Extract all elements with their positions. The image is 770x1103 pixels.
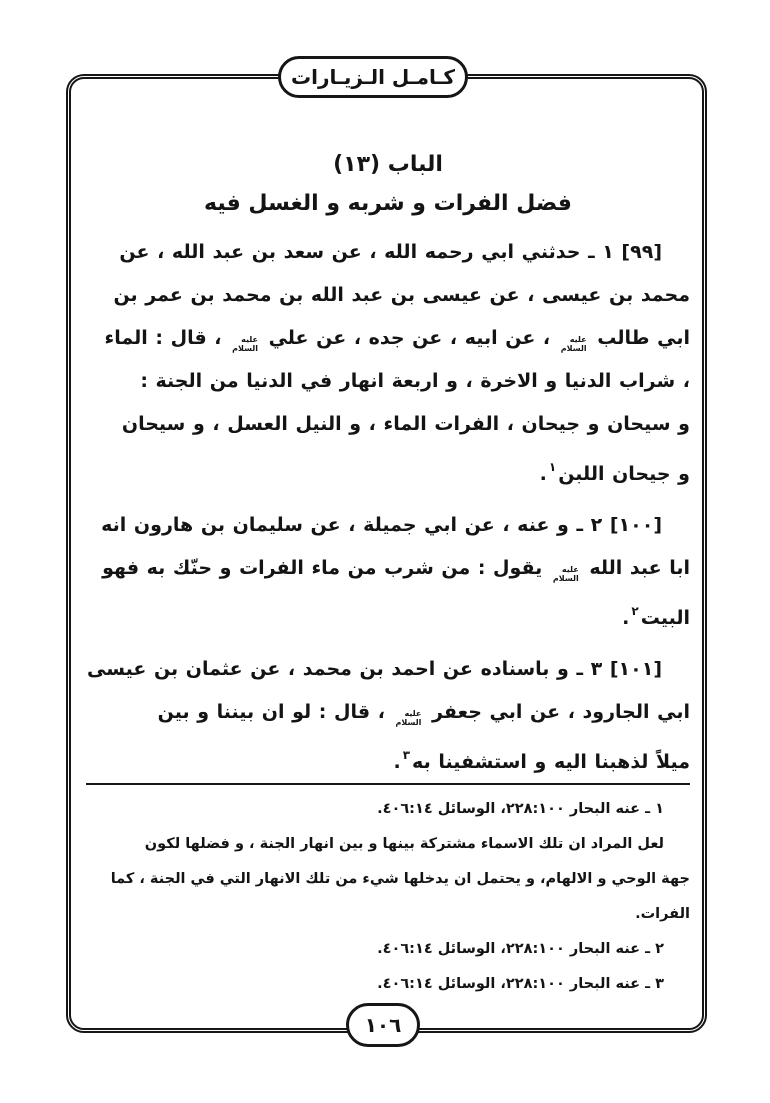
- hadith-100-line-2-text-a: ابا عبد الله: [589, 557, 690, 579]
- book-title-cartouche: كـامـل الـزيـارات: [278, 56, 468, 98]
- hadith-100-line-3-text: البيت: [641, 607, 690, 629]
- alayhis-salam-icon: عليهالسلام: [396, 709, 422, 727]
- hadith-101-line-2: ابي الجارود ، عن ابي جعفر عليهالسلام ، ق…: [86, 691, 690, 734]
- hadith-99-line-3: ابي طالب عليهالسلام ، عن ابيه ، عن جده ،…: [86, 317, 690, 360]
- hadith-101-line-1: [١٠١] ٣ ـ و باسناده عن احمد بن محمد ، عن…: [86, 648, 690, 691]
- hadith-101: [١٠١] ٣ ـ و باسناده عن احمد بن محمد ، عن…: [86, 648, 690, 777]
- footnote-ref-1: ١: [547, 460, 558, 474]
- hadith-101-line-2-text-a: ابي الجارود ، عن ابي جعفر: [432, 701, 690, 723]
- alayhis-salam-icon: عليهالسلام: [561, 335, 587, 353]
- hadith-99-period: .: [540, 463, 547, 485]
- footnotes-section: ١ ـ عنه البحار ٢٢٨:١٠٠، الوسائل ٤٠٦:١٤. …: [86, 783, 690, 1002]
- hadith-99-line-1: [٩٩] ١ ـ حدثني ابي رحمه الله ، عن سعد بن…: [86, 231, 690, 274]
- page-number: ١٠٦: [365, 1013, 402, 1037]
- footnote-ref-3: ٣: [401, 748, 412, 762]
- page-body: الباب (١٣) فضل الفرات و شربه و الغسل فيه…: [86, 146, 690, 777]
- footnote-commentary-line-2: جهة الوحي و الالهام، و يحتمل ان يدخلها ش…: [86, 862, 690, 897]
- hadith-99-line-6: و جيحان اللبن١.: [86, 446, 690, 489]
- footnote-commentary-line-1: لعل المراد ان تلك الاسماء مشتركة بينها و…: [86, 827, 690, 862]
- hadith-99-line-6-text: و جيحان اللبن: [558, 463, 690, 485]
- hadith-99-line-3-text-b: ، عن ابيه ، عن جده ، عن علي: [269, 327, 551, 349]
- chapter-title: الباب (١٣): [86, 146, 690, 184]
- hadith-100-line-2: ابا عبد الله عليهالسلام يقول : من شرب من…: [86, 547, 690, 590]
- hadith-99-line-2: محمد بن عيسى ، عن عيسى بن عبد الله بن مح…: [86, 274, 690, 317]
- hadith-100: [١٠٠] ٢ ـ و عنه ، عن ابي جميلة ، عن سليم…: [86, 504, 690, 633]
- footnote-ref-2: ٢: [629, 604, 640, 618]
- hadith-100-line-1: [١٠٠] ٢ ـ و عنه ، عن ابي جميلة ، عن سليم…: [86, 504, 690, 547]
- hadith-101-line-3: ميلاً لذهبنا اليه و استشفينا به٣.: [86, 734, 690, 777]
- book-title: كـامـل الـزيـارات: [291, 65, 455, 89]
- hadith-99-line-5: و سيحان و جيحان ، الفرات الماء ، و النيل…: [86, 403, 690, 446]
- book-page: كـامـل الـزيـارات الباب (١٣) فضل الفرات …: [0, 0, 770, 1103]
- hadith-99: [٩٩] ١ ـ حدثني ابي رحمه الله ، عن سعد بن…: [86, 231, 690, 489]
- hadith-99-line-4: ، شراب الدنيا و الاخرة ، و اربعة انهار ف…: [86, 360, 690, 403]
- hadith-99-line-3-text-a: ابي طالب: [597, 327, 690, 349]
- footnote-1: ١ ـ عنه البحار ٢٢٨:١٠٠، الوسائل ٤٠٦:١٤.: [86, 792, 690, 827]
- hadith-101-period: .: [394, 751, 401, 773]
- alayhis-salam-icon: عليهالسلام: [232, 335, 258, 353]
- hadith-100-line-3: البيت٢.: [86, 590, 690, 633]
- footnote-3: ٣ ـ عنه البحار ٢٢٨:١٠٠، الوسائل ٤٠٦:١٤.: [86, 967, 690, 1002]
- alayhis-salam-icon: عليهالسلام: [553, 565, 579, 583]
- footnote-2: ٢ ـ عنه البحار ٢٢٨:١٠٠، الوسائل ٤٠٦:١٤.: [86, 932, 690, 967]
- footnote-commentary-line-3: الفرات.: [86, 897, 690, 932]
- chapter-subtitle: فضل الفرات و شربه و الغسل فيه: [86, 184, 690, 224]
- page-number-cartouche: ١٠٦: [346, 1003, 420, 1047]
- hadith-101-line-3-text: ميلاً لذهبنا اليه و استشفينا به: [412, 751, 690, 773]
